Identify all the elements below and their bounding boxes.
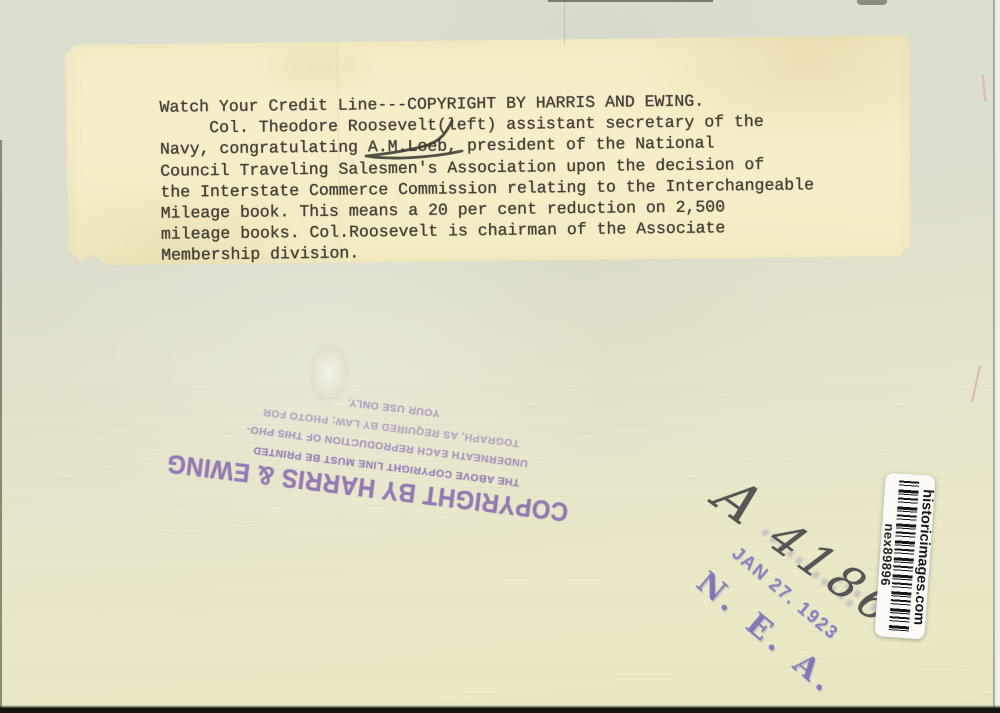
sticker-code-text: nex89896 (878, 523, 896, 586)
paper-crease (564, 0, 565, 46)
bottom-photo-edge (0, 705, 1000, 713)
right-photo-edge (993, 0, 995, 713)
barcode-sticker: historicimages.com nex89896 (874, 472, 935, 639)
top-edge-mark (857, 0, 887, 5)
photo-paper: Watch Your Credit Line---COPYRIGHT BY HA… (0, 0, 996, 713)
red-scratch-mark (982, 74, 986, 102)
top-edge-mark (548, 0, 713, 2)
barcode-sticker-content: historicimages.com nex89896 (874, 472, 935, 639)
scanned-photo-back: Watch Your Credit Line---COPYRIGHT BY HA… (0, 0, 1000, 713)
pen-underline-mark (340, 108, 490, 178)
left-photo-edge (0, 140, 2, 713)
